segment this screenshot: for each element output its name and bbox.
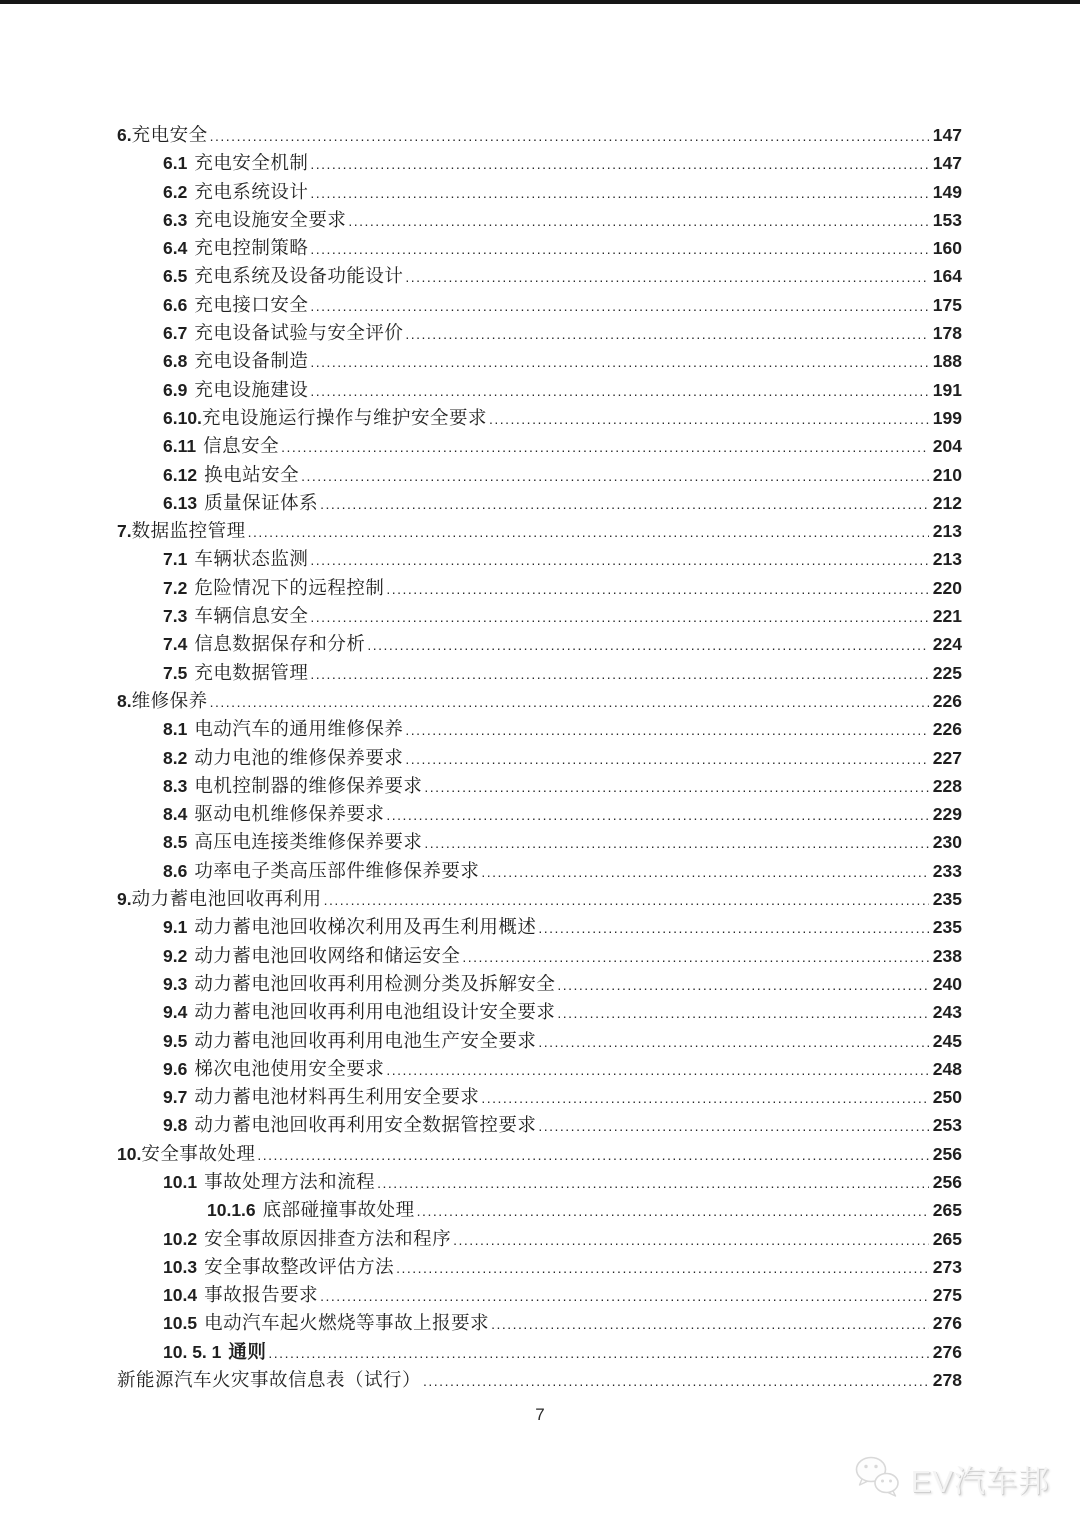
toc-entry-page: 248 [932, 1055, 962, 1083]
toc-entry-number: 8.1 [163, 715, 187, 743]
toc-entry-page: 250 [932, 1083, 962, 1111]
toc-entry: 6.7充电设备试验与安全评价..........................… [117, 319, 962, 347]
toc-entry: 6.1充电安全机制...............................… [117, 149, 962, 177]
dot-leader: ........................................… [310, 348, 929, 376]
dot-leader: ........................................… [310, 546, 929, 574]
dot-leader: ........................................… [405, 716, 929, 744]
toc-entry-title: 梯次电池使用安全要求 [194, 1056, 384, 1084]
toc-entry: 新能源汽车火灾事故信息表（试行）........................… [117, 1366, 962, 1394]
toc-entry-title: 安全事故整改评估方法 [204, 1254, 394, 1282]
dot-leader: ........................................… [268, 1339, 929, 1367]
toc-entry-number: 9.4 [163, 998, 187, 1026]
toc-entry-number: 8.3 [163, 772, 187, 800]
toc-entry: 6.12换电站安全...............................… [117, 461, 962, 489]
dot-leader: ........................................… [210, 122, 929, 150]
dot-leader: ........................................… [405, 745, 929, 773]
toc-entry-title: 动力蓄电池回收再利用电池生产安全要求 [194, 1028, 536, 1056]
toc-entry-page: 226 [932, 715, 962, 743]
toc-entry-page: 220 [932, 574, 962, 602]
toc-entry-title: 车辆状态监测 [194, 546, 308, 574]
toc-entry-page: 233 [932, 857, 962, 885]
toc-entry: 6.11信息安全................................… [117, 432, 962, 460]
dot-leader: ........................................… [348, 207, 929, 235]
toc-entry: 8.2动力电池的维修保养要求..........................… [117, 744, 962, 772]
dot-leader: ........................................… [489, 405, 929, 433]
toc-entry-page: 224 [932, 630, 962, 658]
toc-entry-page: 188 [932, 347, 962, 375]
dot-leader: ........................................… [310, 150, 929, 178]
toc-entry-number: 10.5 [163, 1309, 197, 1337]
toc-entry-page: 235 [932, 913, 962, 941]
dot-leader: ........................................… [538, 1112, 929, 1140]
toc-entry: 10.安全事故处理...............................… [117, 1140, 962, 1168]
toc-entry-title: 动力蓄电池回收再利用 [132, 886, 322, 914]
toc-entry-page: 235 [932, 885, 962, 913]
toc-entry-page: 243 [932, 998, 962, 1026]
toc-entry-number: 10.2 [163, 1225, 197, 1253]
dot-leader: ........................................… [424, 773, 929, 801]
toc-entry-number: 6. [117, 121, 132, 149]
toc-entry-number: 7.2 [163, 574, 187, 602]
toc-entry-page: 229 [932, 800, 962, 828]
toc-entry-page: 273 [932, 1253, 962, 1281]
toc-entry: 10.2安全事故原因排查方法和程序.......................… [117, 1225, 962, 1253]
toc-entry: 8.1电动汽车的通用维修保养..........................… [117, 715, 962, 743]
toc-entry-number: 10.1.6 [207, 1196, 256, 1224]
toc-entry-page: 275 [932, 1281, 962, 1309]
toc-entry-number: 9.7 [163, 1083, 187, 1111]
toc-entry-title: 电机控制器的维修保养要求 [194, 773, 422, 801]
toc-entry-page: 213 [932, 545, 962, 573]
toc-entry-title: 充电系统及设备功能设计 [194, 263, 403, 291]
toc-entry-number: 9. [117, 885, 132, 913]
dot-leader: ........................................… [324, 886, 929, 914]
toc-entry-title: 高压电连接类维修保养要求 [194, 829, 422, 857]
toc-entry: 9.2动力蓄电池回收网络和储运安全.......................… [117, 942, 962, 970]
dot-leader: ........................................… [281, 433, 929, 461]
toc-entry-number: 6.2 [163, 178, 187, 206]
toc-entry-title: 信息数据保存和分析 [194, 631, 365, 659]
toc-entry-page: 210 [932, 461, 962, 489]
toc-entry: 6.13质量保证体系..............................… [117, 489, 962, 517]
toc-entry-title: 动力蓄电池回收再利用电池组设计安全要求 [194, 999, 555, 1027]
document-page: 6.充电安全..................................… [0, 0, 1080, 1527]
toc-entry-page: 230 [932, 828, 962, 856]
toc-entry-number: 6.3 [163, 206, 187, 234]
dot-leader: ........................................… [310, 377, 929, 405]
toc-entry-number: 7.4 [163, 630, 187, 658]
dot-leader: ........................................… [557, 971, 929, 999]
toc-entry-page: 238 [932, 942, 962, 970]
toc-entry: 9.7动力蓄电池材料再生利用安全要求......................… [117, 1083, 962, 1111]
dot-leader: ........................................… [386, 801, 929, 829]
toc-entry: 8.维修保养..................................… [117, 687, 962, 715]
toc-entry-title: 安全事故原因排查方法和程序 [204, 1226, 451, 1254]
toc-entry-number: 8. [117, 687, 132, 715]
dot-leader: ........................................… [310, 235, 929, 263]
toc-entry: 7.3车辆信息安全...............................… [117, 602, 962, 630]
toc-entry-title: 事故报告要求 [204, 1282, 318, 1310]
toc-entry: 10.1事故处理方法和流程...........................… [117, 1168, 962, 1196]
dot-leader: ........................................… [386, 575, 929, 603]
toc-entry-title: 充电数据管理 [194, 660, 308, 688]
toc-entry-page: 164 [932, 262, 962, 290]
toc-entry: 8.6功率电子类高压部件维修保养要求......................… [117, 857, 962, 885]
dot-leader: ........................................… [320, 490, 929, 518]
dot-leader: ........................................… [481, 858, 929, 886]
toc-entry: 10.3安全事故整改评估方法..........................… [117, 1253, 962, 1281]
toc-entry: 9.动力蓄电池回收再利用............................… [117, 885, 962, 913]
toc-entry-number: 10.4 [163, 1281, 197, 1309]
toc-entry-number: 9.8 [163, 1111, 187, 1139]
toc-entry-number: 10.1 [163, 1168, 197, 1196]
toc-entry-title: 动力蓄电池回收梯次利用及再生利用概述 [194, 914, 536, 942]
toc-entry: 9.1动力蓄电池回收梯次利用及再生利用概述...................… [117, 913, 962, 941]
toc-entry-title: 充电系统设计 [194, 179, 308, 207]
toc-entry-title: 车辆信息安全 [194, 603, 308, 631]
toc-entry: 6.充电安全..................................… [117, 121, 962, 149]
table-of-contents: 6.充电安全..................................… [117, 121, 962, 1394]
toc-entry-title: 充电设备试验与安全评价 [194, 320, 403, 348]
toc-entry-page: 147 [932, 121, 962, 149]
toc-entry: 8.5高压电连接类维修保养要求.........................… [117, 828, 962, 856]
toc-entry-number: 9.3 [163, 970, 187, 998]
toc-entry-page: 228 [932, 772, 962, 800]
toc-entry-page: 191 [932, 376, 962, 404]
dot-leader: ........................................… [453, 1226, 929, 1254]
toc-entry-title: 充电设施安全要求 [194, 207, 346, 235]
toc-entry: 9.6梯次电池使用安全要求...........................… [117, 1055, 962, 1083]
toc-entry-page: 256 [932, 1168, 962, 1196]
toc-entry-page: 149 [932, 178, 962, 206]
toc-entry: 9.5动力蓄电池回收再利用电池生产安全要求...................… [117, 1027, 962, 1055]
wechat-icon [853, 1454, 903, 1502]
toc-entry-page: 221 [932, 602, 962, 630]
toc-entry-title: 安全事故处理 [141, 1141, 255, 1169]
toc-entry: 10.1.6底部碰撞事故处理..........................… [117, 1196, 962, 1224]
toc-entry-number: 7.3 [163, 602, 187, 630]
dot-leader: ........................................… [405, 320, 929, 348]
dot-leader: ........................................… [462, 943, 929, 971]
toc-entry-number: 6.8 [163, 347, 187, 375]
dot-leader: ........................................… [310, 292, 929, 320]
toc-entry-page: 276 [932, 1338, 962, 1366]
dot-leader: ........................................… [310, 603, 929, 631]
toc-entry-page: 199 [932, 404, 962, 432]
toc-entry: 6.6充电接口安全...............................… [117, 291, 962, 319]
toc-entry: 7.5充电数据管理...............................… [117, 659, 962, 687]
toc-entry: 7.1车辆状态监测...............................… [117, 545, 962, 573]
toc-entry: 6.8充电设备制造...............................… [117, 347, 962, 375]
dot-leader: ........................................… [396, 1254, 929, 1282]
watermark-text: EV汽车邦 [911, 1456, 1050, 1501]
toc-entry-page: 278 [932, 1366, 962, 1394]
dot-leader: ........................................… [538, 914, 929, 942]
dot-leader: ........................................… [248, 518, 929, 546]
toc-entry: 7.数据监控管理................................… [117, 517, 962, 545]
toc-entry-number: 7.1 [163, 545, 187, 573]
top-border-line [0, 0, 1080, 4]
toc-entry-title: 事故处理方法和流程 [204, 1169, 375, 1197]
toc-entry-title: 质量保证体系 [204, 490, 318, 518]
dot-leader: ........................................… [405, 263, 929, 291]
toc-entry-title: 数据监控管理 [132, 518, 246, 546]
toc-entry-title: 底部碰撞事故处理 [263, 1197, 415, 1225]
dot-leader: ........................................… [481, 1084, 929, 1112]
toc-entry-title: 信息安全 [203, 433, 279, 461]
toc-entry-title: 动力电池的维修保养要求 [194, 745, 403, 773]
dot-leader: ........................................… [491, 1310, 929, 1338]
toc-entry-page: 178 [932, 319, 962, 347]
toc-entry-title: 通则 [228, 1339, 266, 1367]
dot-leader: ........................................… [557, 999, 929, 1027]
toc-entry: 10. 5. 1通则..............................… [117, 1338, 962, 1366]
toc-entry-number: 10. 5. 1 [163, 1338, 221, 1366]
dot-leader: ........................................… [417, 1197, 929, 1225]
toc-entry-title: 动力蓄电池回收再利用检测分类及拆解安全 [194, 971, 555, 999]
toc-entry: 6.10.充电设施运行操作与维护安全要求....................… [117, 404, 962, 432]
toc-entry: 7.4信息数据保存和分析............................… [117, 630, 962, 658]
toc-entry-title: 充电安全机制 [194, 150, 308, 178]
toc-entry: 6.5充电系统及设备功能设计..........................… [117, 262, 962, 290]
toc-entry: 6.9充电设施建设...............................… [117, 376, 962, 404]
toc-entry: 10.4事故报告要求..............................… [117, 1281, 962, 1309]
toc-entry-title: 功率电子类高压部件维修保养要求 [194, 858, 479, 886]
toc-entry: 6.2充电系统设计...............................… [117, 178, 962, 206]
toc-entry-page: 160 [932, 234, 962, 262]
toc-entry-title: 换电站安全 [204, 462, 299, 490]
toc-entry-number: 6.11 [163, 432, 196, 460]
toc-entry-page: 227 [932, 744, 962, 772]
dot-leader: ........................................… [538, 1028, 929, 1056]
watermark: EV汽车邦 [853, 1454, 1050, 1502]
toc-entry-number: 8.6 [163, 857, 187, 885]
toc-entry: 9.4动力蓄电池回收再利用电池组设计安全要求..................… [117, 998, 962, 1026]
toc-entry-page: 147 [932, 149, 962, 177]
toc-entry: 10.5电动汽车起火燃烧等事故上报要求.....................… [117, 1309, 962, 1337]
dot-leader: ........................................… [367, 631, 929, 659]
toc-entry-title: 电动汽车的通用维修保养 [194, 716, 403, 744]
dot-leader: ........................................… [424, 829, 929, 857]
toc-entry-page: 245 [932, 1027, 962, 1055]
toc-entry-number: 6.13 [163, 489, 197, 517]
dot-leader: ........................................… [386, 1056, 929, 1084]
toc-entry-title: 电动汽车起火燃烧等事故上报要求 [204, 1310, 489, 1338]
toc-entry-title: 充电设施建设 [194, 377, 308, 405]
dot-leader: ........................................… [377, 1169, 929, 1197]
toc-entry-number: 6.10. [163, 404, 202, 432]
toc-entry: 9.8动力蓄电池回收再利用安全数据管控要求...................… [117, 1111, 962, 1139]
dot-leader: ........................................… [310, 179, 929, 207]
toc-entry-page: 226 [932, 687, 962, 715]
toc-entry-page: 213 [932, 517, 962, 545]
toc-entry-number: 6.12 [163, 461, 197, 489]
toc-entry-number: 6.4 [163, 234, 187, 262]
toc-entry-title: 动力蓄电池回收再利用安全数据管控要求 [194, 1112, 536, 1140]
toc-entry-title: 充电安全 [132, 122, 208, 150]
dot-leader: ........................................… [423, 1367, 929, 1395]
toc-entry-number: 9.1 [163, 913, 187, 941]
toc-entry-page: 265 [932, 1225, 962, 1253]
toc-entry-number: 6.9 [163, 376, 187, 404]
toc-entry-title: 维修保养 [132, 688, 208, 716]
dot-leader: ........................................… [320, 1282, 929, 1310]
toc-entry: 8.4驱动电机维修保养要求...........................… [117, 800, 962, 828]
toc-entry-title: 动力蓄电池材料再生利用安全要求 [194, 1084, 479, 1112]
dot-leader: ........................................… [210, 688, 929, 716]
toc-entry-number: 10.3 [163, 1253, 197, 1281]
toc-entry-page: 175 [932, 291, 962, 319]
toc-entry-number: 9.2 [163, 942, 187, 970]
toc-entry-number: 6.1 [163, 149, 187, 177]
toc-entry-number: 6.6 [163, 291, 187, 319]
toc-entry-page: 204 [932, 432, 962, 460]
toc-entry-page: 212 [932, 489, 962, 517]
toc-entry-number: 10. [117, 1140, 141, 1168]
toc-entry-title: 充电设备制造 [194, 348, 308, 376]
dot-leader: ........................................… [310, 660, 929, 688]
toc-entry-page: 276 [932, 1309, 962, 1337]
toc-entry-title: 动力蓄电池回收网络和储运安全 [194, 943, 460, 971]
toc-entry: 8.3电机控制器的维修保养要求.........................… [117, 772, 962, 800]
toc-entry-number: 6.5 [163, 262, 187, 290]
toc-entry-page: 265 [932, 1196, 962, 1224]
toc-entry-title: 新能源汽车火灾事故信息表（试行） [117, 1367, 421, 1395]
toc-entry-number: 8.4 [163, 800, 187, 828]
toc-entry-title: 驱动电机维修保养要求 [194, 801, 384, 829]
toc-entry: 6.4充电控制策略...............................… [117, 234, 962, 262]
toc-entry-page: 240 [932, 970, 962, 998]
toc-entry-number: 8.5 [163, 828, 187, 856]
toc-entry-title: 充电设施运行操作与维护安全要求 [202, 405, 487, 433]
toc-entry-number: 9.5 [163, 1027, 187, 1055]
toc-entry: 7.2危险情况下的远程控制...........................… [117, 574, 962, 602]
toc-entry: 9.3动力蓄电池回收再利用检测分类及拆解安全..................… [117, 970, 962, 998]
toc-entry-number: 8.2 [163, 744, 187, 772]
page-number: 7 [0, 1405, 1080, 1425]
toc-entry-title: 危险情况下的远程控制 [194, 575, 384, 603]
dot-leader: ........................................… [257, 1141, 929, 1169]
toc-entry-number: 9.6 [163, 1055, 187, 1083]
toc-entry-page: 225 [932, 659, 962, 687]
dot-leader: ........................................… [301, 462, 929, 490]
toc-entry-title: 充电接口安全 [194, 292, 308, 320]
toc-entry-page: 256 [932, 1140, 962, 1168]
toc-entry-number: 7. [117, 517, 132, 545]
toc-entry: 6.3充电设施安全要求.............................… [117, 206, 962, 234]
toc-entry-page: 153 [932, 206, 962, 234]
toc-entry-title: 充电控制策略 [194, 235, 308, 263]
toc-entry-number: 7.5 [163, 659, 187, 687]
toc-entry-page: 253 [932, 1111, 962, 1139]
toc-entry-number: 6.7 [163, 319, 187, 347]
